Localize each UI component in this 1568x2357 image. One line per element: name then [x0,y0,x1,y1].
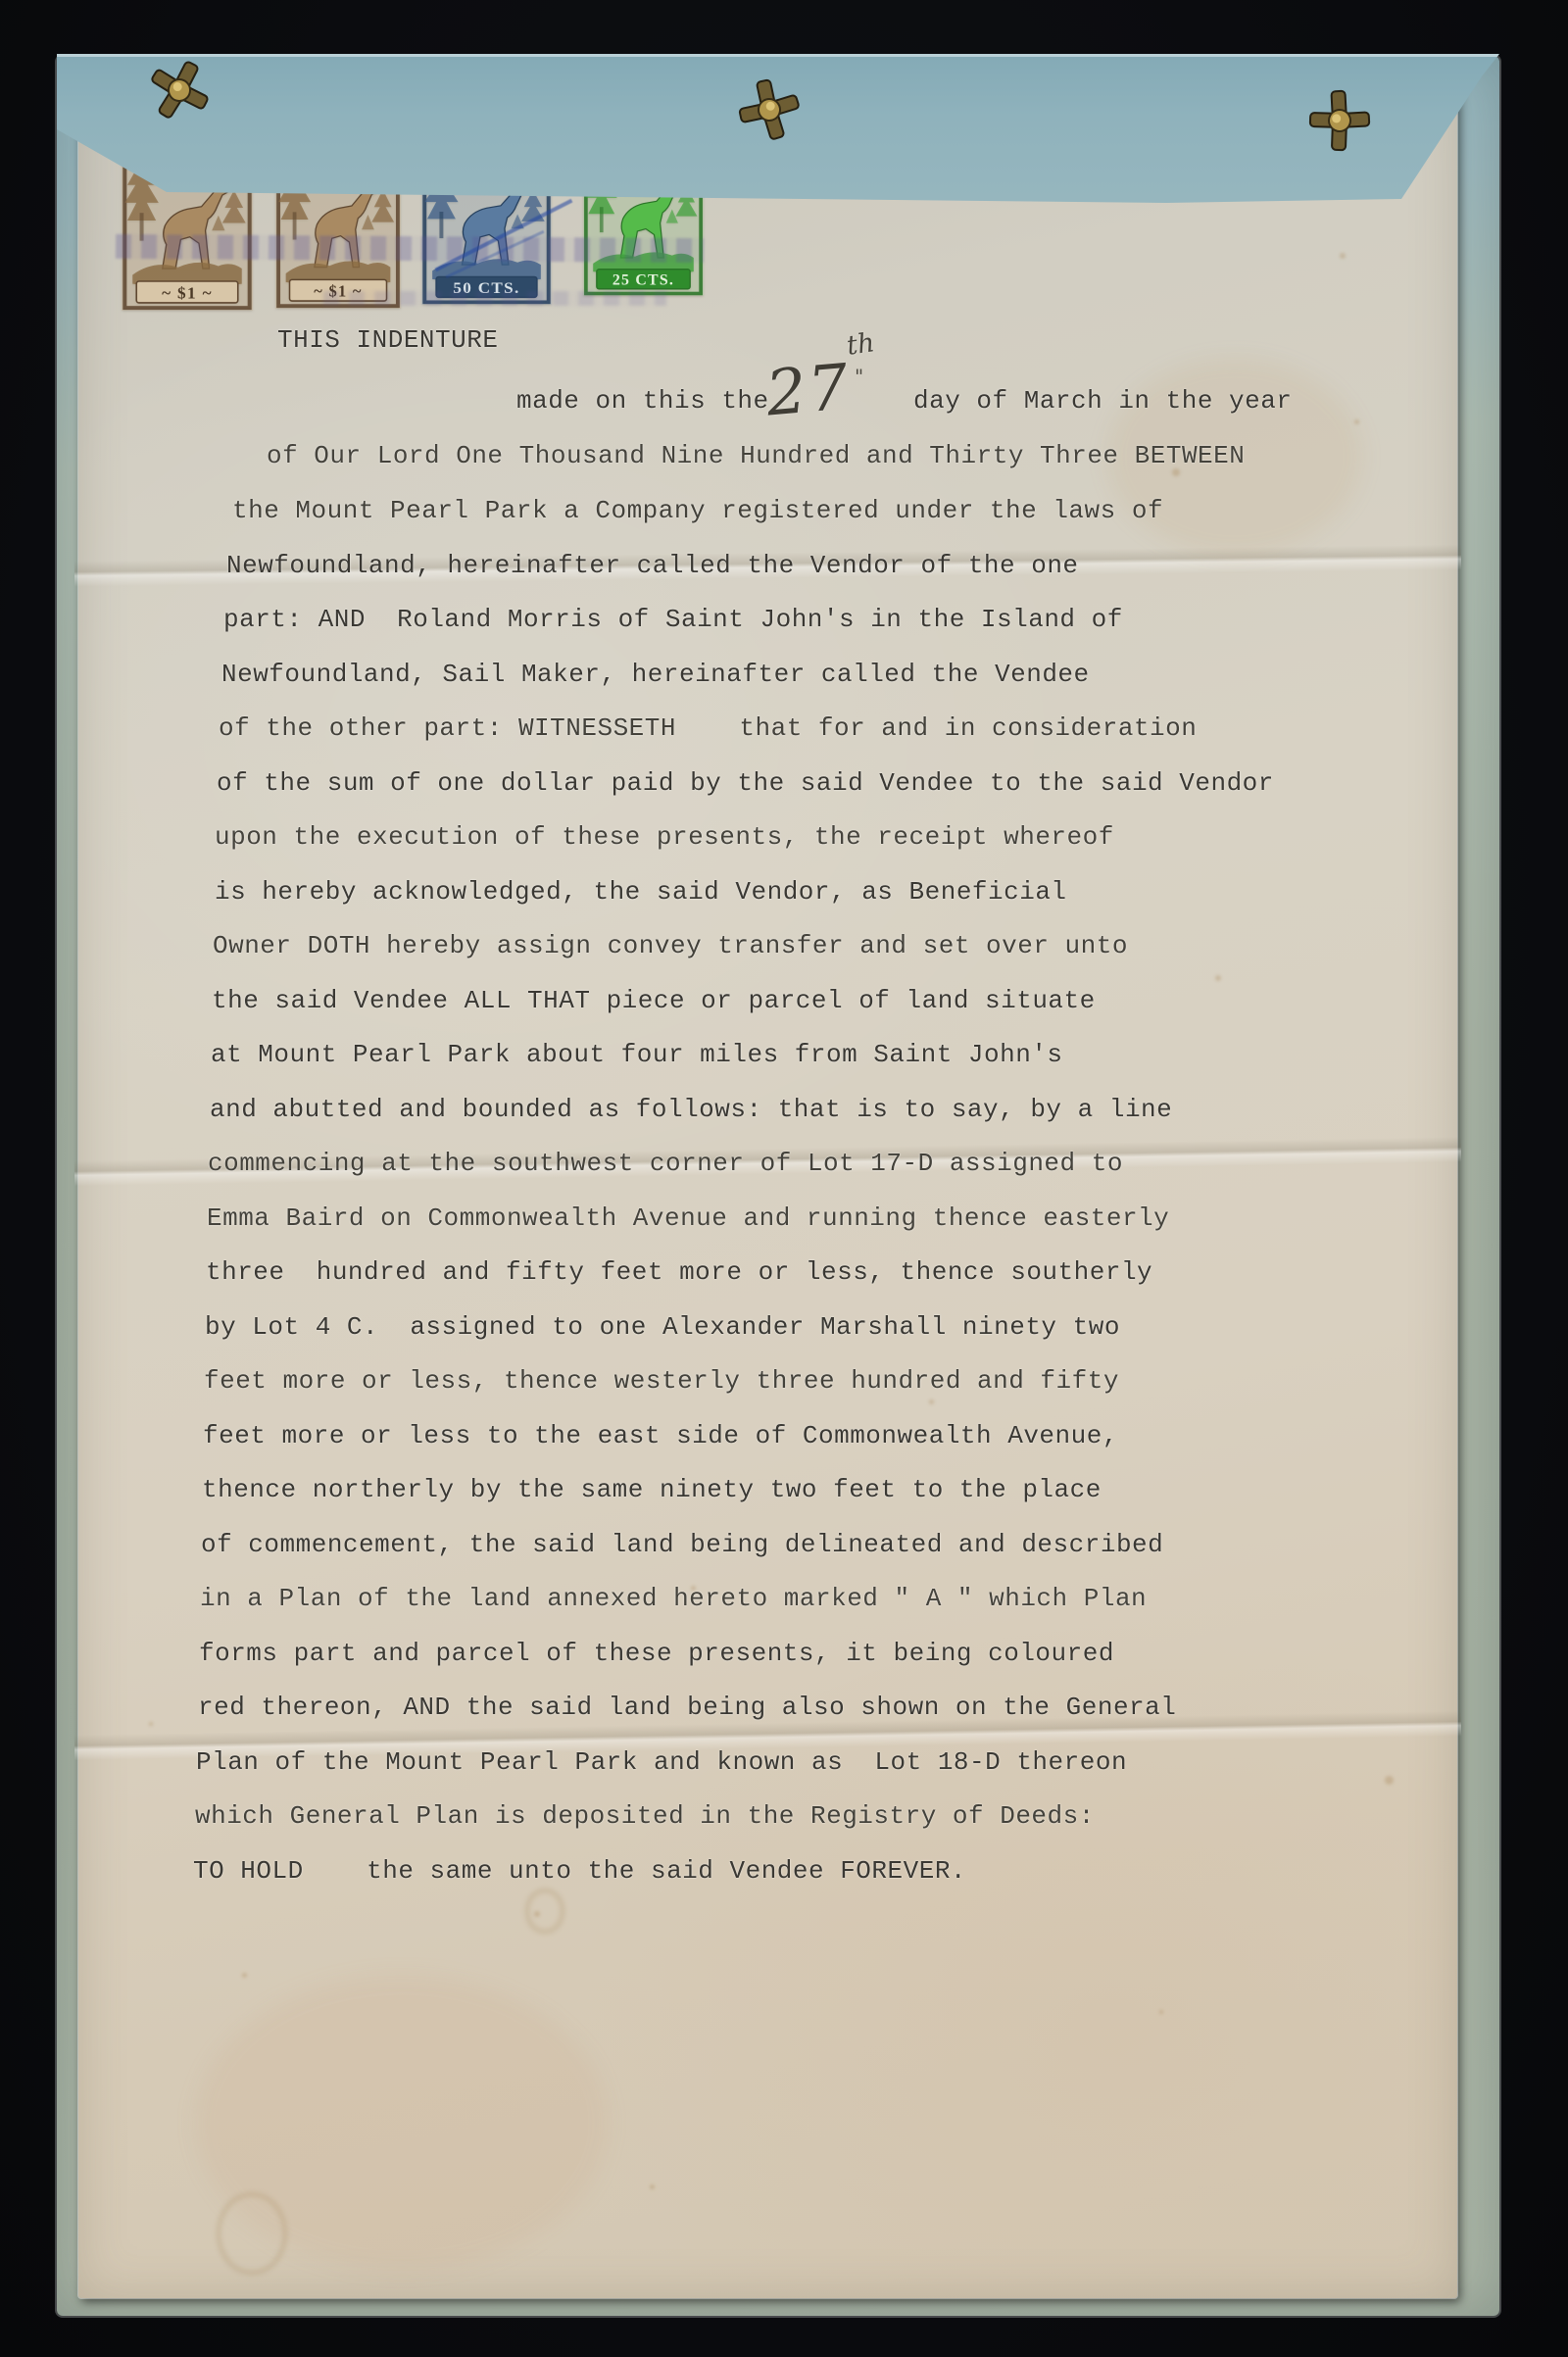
foxing-spot [1215,975,1221,981]
foxing-spot [1159,2010,1163,2014]
brass-fastener [148,59,211,122]
foxing-spot [1340,253,1346,259]
foxing-spot [929,1399,934,1404]
foxing-spot [1385,1776,1394,1785]
foxing-spot [1354,419,1359,424]
photographed-deed: ~ $1 ~ ~ $1 ~ 50 CTS. 25 CTS. [0,0,1568,2357]
foxing-spot [691,1586,696,1591]
svg-text:~ $1 ~: ~ $1 ~ [162,284,213,303]
split-pin-icon [148,59,211,122]
fold-crease [74,1137,1461,1187]
brass-fastener [738,78,801,141]
foxing-spot [149,1722,153,1726]
stain [1107,359,1362,555]
foxing-spot [242,1973,247,1978]
svg-text:50 CTS.: 50 CTS. [453,279,519,297]
svg-text:~ $1 ~: ~ $1 ~ [314,282,363,301]
ring-stain [524,1888,565,1935]
split-pin-icon [738,78,801,141]
foxing-spot [1172,468,1180,476]
foxing-spot [650,2185,655,2189]
deed-paper [78,65,1457,2298]
brass-fastener [1308,89,1371,152]
split-pin-icon [1308,89,1371,152]
svg-text:25 CTS.: 25 CTS. [612,272,674,289]
ring-stain [216,2191,288,2276]
fold-crease [74,1711,1461,1761]
